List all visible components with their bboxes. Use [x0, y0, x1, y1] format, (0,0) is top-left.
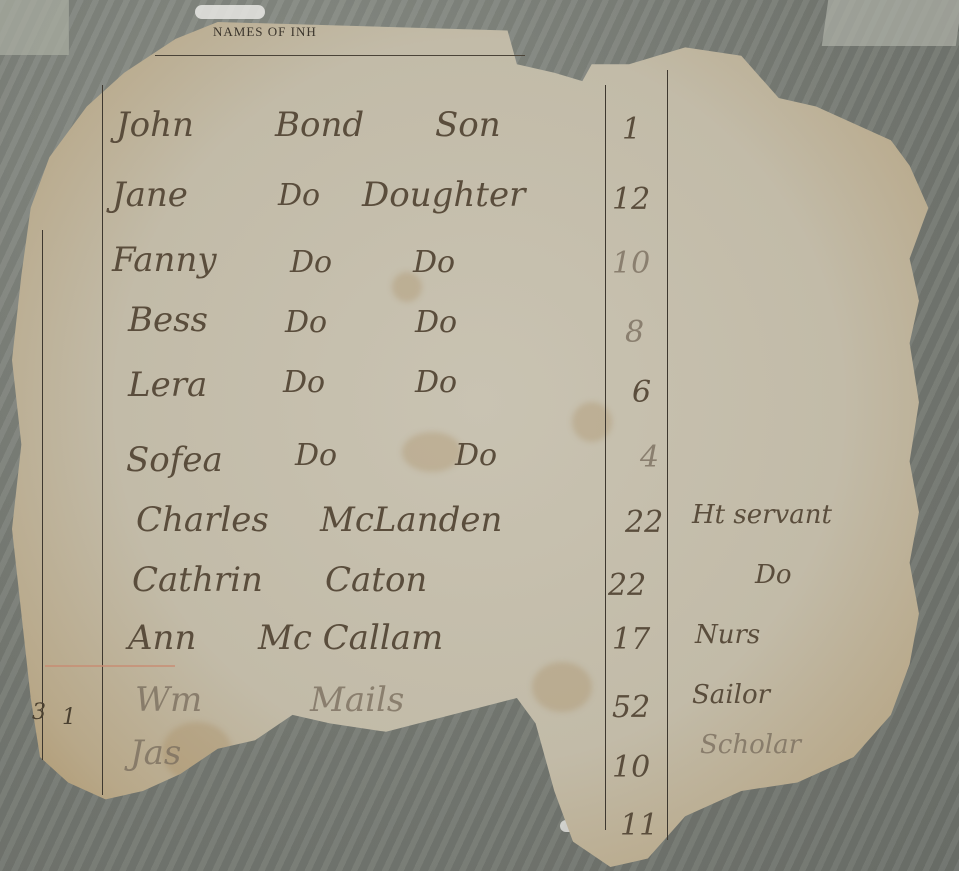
entry-first-name: John: [116, 105, 194, 145]
entry-age: 10: [612, 246, 650, 281]
name-column-rule: [102, 85, 103, 795]
entry-age: 1: [622, 112, 641, 147]
margin-rule-left: [42, 230, 43, 760]
entry-relation: Do: [413, 245, 455, 280]
entry-first-name: Ann: [128, 618, 196, 658]
entry-surname: Do: [290, 245, 332, 280]
entry-relation: Son: [435, 105, 501, 145]
entry-surname: Mails: [310, 680, 404, 720]
entry-first-name: Fanny: [112, 240, 217, 280]
entry-occupation: Sailor: [692, 680, 770, 710]
entry-relation: Doughter: [362, 175, 525, 215]
margin-number: 1: [62, 705, 76, 730]
entry-occupation: Do: [755, 560, 792, 590]
entry-age: 12: [612, 182, 650, 217]
entry-surname: Do: [283, 365, 325, 400]
entry-age: 6: [632, 375, 651, 410]
entry-age: 17: [612, 622, 650, 657]
entry-occupation: Ht servant: [692, 500, 832, 530]
age-column-rule-left: [605, 85, 606, 830]
entry-occupation: Scholar: [700, 730, 801, 760]
archival-tape-right: [822, 0, 959, 46]
archival-tape-left: [0, 0, 69, 55]
entry-first-name: Bess: [128, 300, 208, 340]
age-column-rule-right: [667, 70, 668, 840]
entry-age: 8: [625, 315, 644, 350]
entry-surname: McLanden: [320, 500, 502, 540]
entry-surname: Bond: [275, 105, 364, 145]
entry-first-name: Lera: [128, 365, 207, 405]
entry-relation: Do: [455, 438, 497, 473]
entry-surname: Mc Callam: [258, 618, 443, 658]
entry-first-name: Cathrin: [132, 560, 263, 600]
margin-number: 3: [32, 700, 46, 725]
entry-relation: Do: [415, 305, 457, 340]
entry-first-name: Sofea: [126, 440, 223, 480]
entry-relation: Do: [415, 365, 457, 400]
header-rule: [155, 55, 525, 56]
entry-age: 52: [612, 690, 650, 725]
entry-surname: Do: [278, 178, 320, 213]
entry-age: 22: [608, 568, 646, 603]
printed-column-header: NAMES OF INH: [213, 24, 317, 40]
entry-surname: Do: [295, 438, 337, 473]
entry-surname: Do: [285, 305, 327, 340]
entry-age: 11: [620, 808, 658, 843]
red-ink-rule: [45, 665, 175, 667]
entry-first-name: Jas: [130, 733, 181, 773]
entry-age: 4: [640, 440, 659, 475]
entry-first-name: Charles: [136, 500, 269, 540]
entry-first-name: Wm: [135, 680, 202, 720]
entry-first-name: Jane: [112, 175, 188, 215]
entry-age: 10: [612, 750, 650, 785]
entry-occupation: Nurs: [695, 620, 760, 650]
entry-age: 22: [625, 505, 663, 540]
torn-fiber: [195, 5, 265, 19]
entry-surname: Caton: [325, 560, 427, 600]
